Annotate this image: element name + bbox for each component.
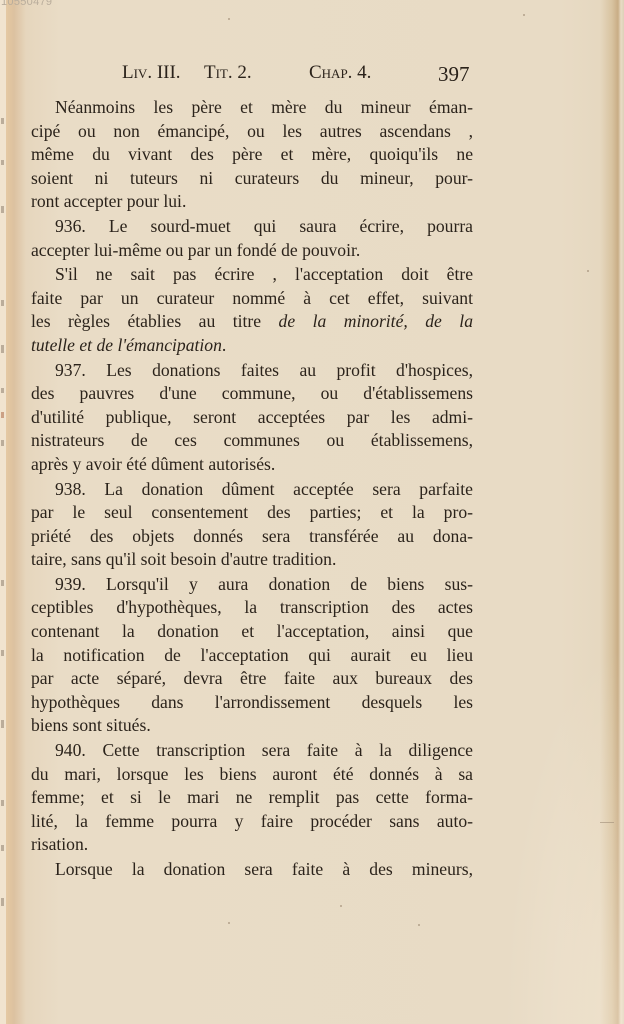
paper-speck — [340, 905, 342, 907]
edge-mark — [1, 845, 4, 851]
text-line: après y avoir été dûment autorisés. — [31, 453, 473, 477]
text-line: par acte séparé, devra être faite aux bu… — [31, 667, 473, 691]
paper-speck — [600, 822, 614, 823]
text-line: faite par un curateur nommé à cet effet,… — [31, 287, 473, 311]
text-line: d'utilité publique, seront acceptées par… — [31, 406, 473, 430]
page-number: 397 — [438, 62, 470, 87]
text-line: Lorsque la donation sera faite à des min… — [31, 858, 473, 882]
edge-mark — [1, 345, 4, 353]
edge-mark — [1, 300, 4, 306]
article-937-line: 937. Les donations faites au profit d'ho… — [31, 359, 473, 383]
text-line-mixed: les règles établies au titre de la minor… — [31, 310, 473, 334]
text-line: lité, la femme pourra y faire procéder s… — [31, 810, 473, 834]
edge-mark — [1, 650, 4, 656]
edge-mark — [1, 800, 4, 806]
italic-title-segment: tutelle et de l'émancipation — [31, 335, 222, 355]
text-line: femme; et si le mari ne remplit pas cett… — [31, 786, 473, 810]
italic-title-segment: de la minorité, de la — [279, 311, 473, 331]
edge-mark — [1, 206, 4, 213]
paper-speck — [587, 270, 589, 272]
paper-speck — [523, 14, 525, 16]
edge-mark — [1, 720, 4, 728]
text-line: accepter lui-même ou par un fondé de pou… — [31, 239, 473, 263]
text-line: cipé ou non émancipé, ou les autres asce… — [31, 120, 473, 144]
text-line: contenant la donation et l'acceptation, … — [31, 620, 473, 644]
text-line: même du vivant des père et mère, quoiqu'… — [31, 143, 473, 167]
text-line: risation. — [31, 833, 473, 857]
text-line: biens sont situés. — [31, 714, 473, 738]
edge-mark — [1, 160, 4, 165]
text-line: S'il ne sait pas écrire , l'acceptation … — [31, 263, 473, 287]
paper-speck — [418, 924, 420, 926]
title-label: Tit. 2. — [204, 62, 252, 84]
text-line: hypothèques dans l'arrondissement desque… — [31, 691, 473, 715]
text-line: ceptibles d'hypothèques, la transcriptio… — [31, 596, 473, 620]
text-line: des pauvres d'une commune, ou d'établiss… — [31, 382, 473, 406]
text-segment: . — [222, 335, 226, 355]
chapter-label: Chap. 4. — [309, 62, 371, 84]
text-line: taire, sans qu'il soit besoin d'autre tr… — [31, 548, 473, 572]
edge-mark — [1, 388, 4, 393]
edge-mark — [1, 412, 4, 418]
edge-mark — [1, 440, 4, 446]
running-head: Liv. III. Tit. 2. Chap. 4. 397 — [122, 62, 484, 88]
text-line: priété des objets donnés sera transférée… — [31, 525, 473, 549]
paper-speck — [228, 18, 230, 20]
book-page: 10550479 Liv. III. Tit. 2. Chap. 4. 397 … — [0, 0, 624, 1024]
paper-speck — [228, 922, 230, 924]
page-gutter — [0, 0, 6, 1024]
article-940-line: 940. Cette transcription sera faite à la… — [31, 739, 473, 763]
article-938-line: 938. La donation dûment acceptée sera pa… — [31, 478, 473, 502]
text-line: Néanmoins les père et mère du mineur éma… — [31, 96, 473, 120]
body-text: Néanmoins les père et mère du mineur éma… — [31, 96, 473, 882]
text-line: ront accepter pour lui. — [31, 190, 473, 214]
text-line: du mari, lorsque les biens auront été do… — [31, 763, 473, 787]
text-line: la notification de l'acceptation qui aur… — [31, 644, 473, 668]
scan-id-label: 10550479 — [1, 0, 52, 8]
book-label: Liv. III. — [122, 62, 181, 84]
text-line: soient ni tuteurs ni curateurs du mineur… — [31, 167, 473, 191]
article-939-line: 939. Lorsqu'il y aura donation de biens … — [31, 573, 473, 597]
text-line: nistrateurs de ces communes ou établisse… — [31, 429, 473, 453]
edge-mark — [1, 898, 4, 906]
text-line: par le seul consentement des parties; et… — [31, 501, 473, 525]
article-936-line: 936. Le sourd-muet qui saura écrire, pou… — [31, 215, 473, 239]
edge-mark — [1, 118, 4, 124]
text-segment: les règles établies au titre — [31, 311, 279, 331]
edge-mark — [1, 580, 4, 586]
text-line-mixed: tutelle et de l'émancipation. — [31, 334, 473, 358]
